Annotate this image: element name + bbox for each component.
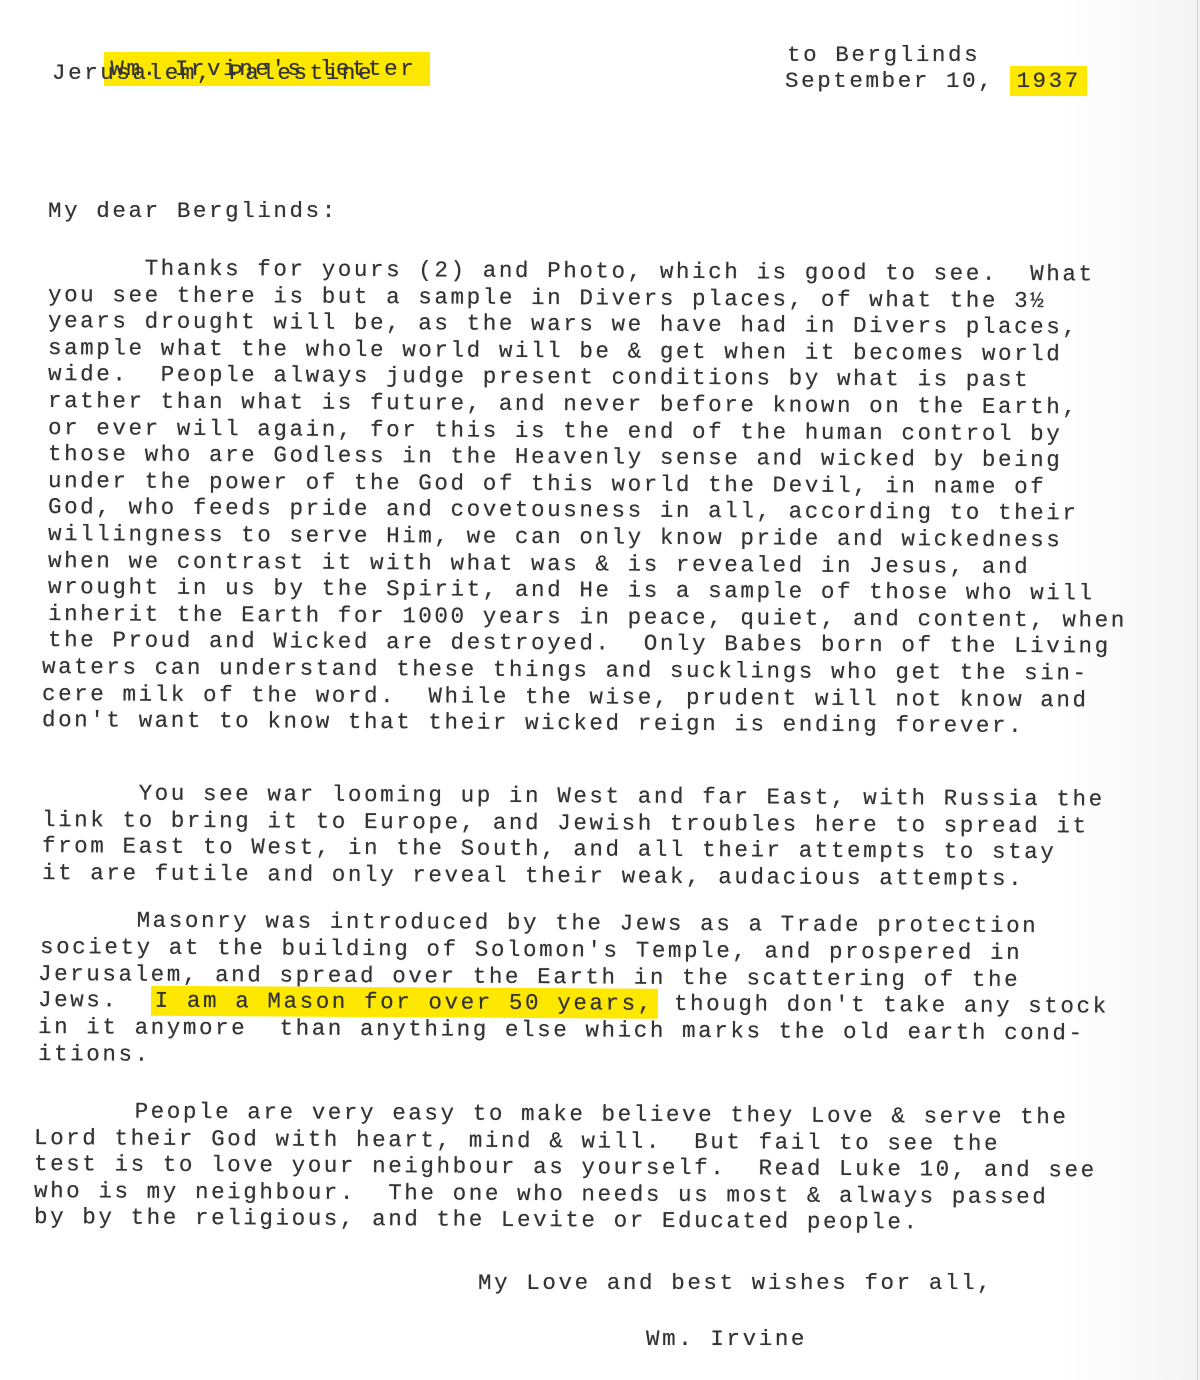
text-line: it are futile and only reveal their weak… bbox=[42, 860, 1024, 892]
recipient: to Berglinds bbox=[787, 42, 980, 68]
line-text: Jews. bbox=[38, 987, 151, 1014]
line-text: it are futile and only reveal their weak… bbox=[42, 860, 1024, 892]
sender-location: Jerusalem, Palestine bbox=[52, 60, 374, 86]
page-edge bbox=[1197, 0, 1198, 1380]
highlight-year: 1937 bbox=[1010, 66, 1086, 96]
salutation: My dear Berglinds: bbox=[48, 198, 338, 224]
line-text: itions. bbox=[38, 1041, 151, 1068]
letter-page: Wm. Irvine's letter Jerusalem, Palestine… bbox=[0, 0, 1200, 1380]
line-text: by by the religious, and the Levite or E… bbox=[34, 1204, 920, 1235]
text-line: itions. bbox=[38, 1041, 151, 1068]
line-text: don't want to know that their wicked rei… bbox=[42, 707, 1024, 739]
closing: My Love and best wishes for all, bbox=[478, 1270, 993, 1296]
text-line: in it anymore than anything else which m… bbox=[38, 1014, 1085, 1046]
line-text-after-highlight: though don't take any stock bbox=[658, 991, 1109, 1020]
line-text: in it anymore than anything else which m… bbox=[38, 1014, 1085, 1046]
date-prefix: September 10, bbox=[785, 68, 1010, 94]
text-line: don't want to know that their wicked rei… bbox=[42, 707, 1024, 739]
signature: Wm. Irvine bbox=[646, 1326, 807, 1352]
text-line: by by the religious, and the Levite or E… bbox=[34, 1204, 920, 1235]
letter-date: September 10, 1937 bbox=[785, 68, 1087, 94]
